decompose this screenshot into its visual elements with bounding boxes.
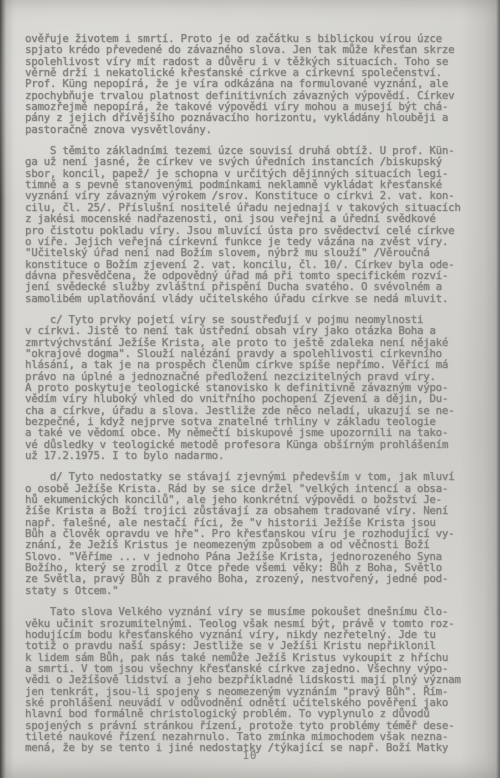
scanned-document-page: ověřuje životem i smrtí. Proto je od zač… <box>0 0 500 778</box>
paragraph-d-christology: d/ Tyto nedostatky se stávají zjevnými p… <box>25 471 486 596</box>
paragraph-continuation: ověřuje životem i smrtí. Proto je od zač… <box>25 33 486 135</box>
document-text: ověřuje životem i smrtí. Proto je od zač… <box>25 33 486 764</box>
paragraph-c-infallibility: c/ Tyto prvky pojetí víry se soustřeďují… <box>25 314 486 461</box>
page-number: 10 <box>0 749 500 762</box>
paragraph-creed-explanation: Tato slova Velkého vyznání víry se musím… <box>25 606 486 753</box>
paragraph-second-difficulty: S těmito základními tezemi úzce souvisí … <box>25 145 486 304</box>
